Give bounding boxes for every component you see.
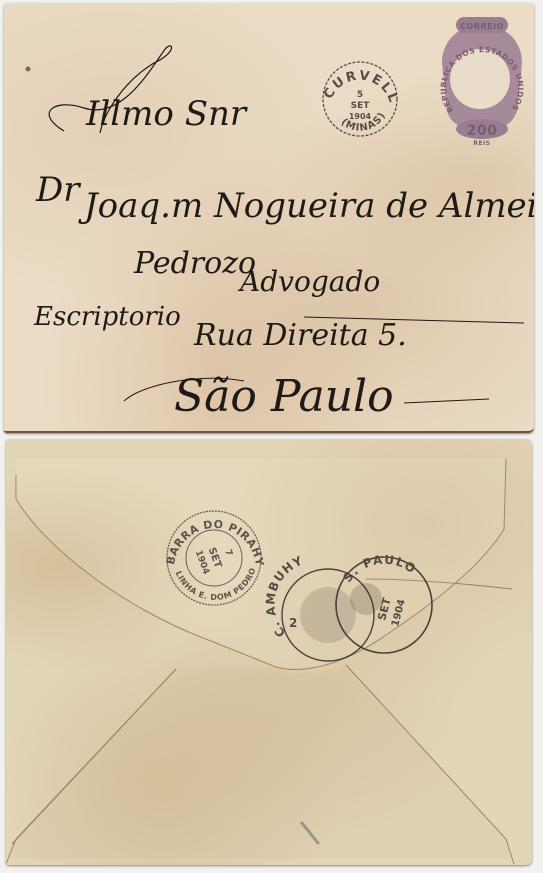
address-office-label: Escriptorio <box>33 302 181 332</box>
indicium-currency: REIS <box>473 140 490 147</box>
envelope-front-art: CORREIO 200 REIS REPUBLICA DOS ESTADOS U… <box>4 3 534 431</box>
svg-text:CURVELLO: CURVELLO <box>4 3 401 106</box>
indicium-value: 200 <box>467 123 498 139</box>
postmark-right-a-day: 2 <box>289 616 297 630</box>
postmark-day: 5 <box>357 90 363 100</box>
indicium-top-label: CORREIO <box>460 22 504 31</box>
address-salutation: Illmo Snr <box>85 94 248 134</box>
postmark-month: SET <box>351 101 371 111</box>
address-name-line1: Joaq.m Nogueira de Almeida <box>78 186 534 226</box>
envelope-back: BARRA DO PIRAHY LINHA E. DOM PEDRO II 7 … <box>6 439 532 865</box>
address-profession: Advogado <box>237 265 380 298</box>
postage-indicium: CORREIO 200 REIS REPUBLICA DOS ESTADOS U… <box>4 3 525 147</box>
postmark-town: CURVELLO <box>4 3 401 106</box>
postmark-year: 1904 <box>349 112 372 121</box>
address-city: São Paulo <box>174 371 394 422</box>
address-name-line2: Pedrozo <box>133 246 256 281</box>
envelope-back-art: BARRA DO PIRAHY LINHA E. DOM PEDRO II 7 … <box>6 439 532 865</box>
address-title: Dr <box>35 170 81 210</box>
address-street: Rua Direita 5. <box>193 318 407 353</box>
envelope-front: CORREIO 200 REIS REPUBLICA DOS ESTADOS U… <box>4 3 534 433</box>
